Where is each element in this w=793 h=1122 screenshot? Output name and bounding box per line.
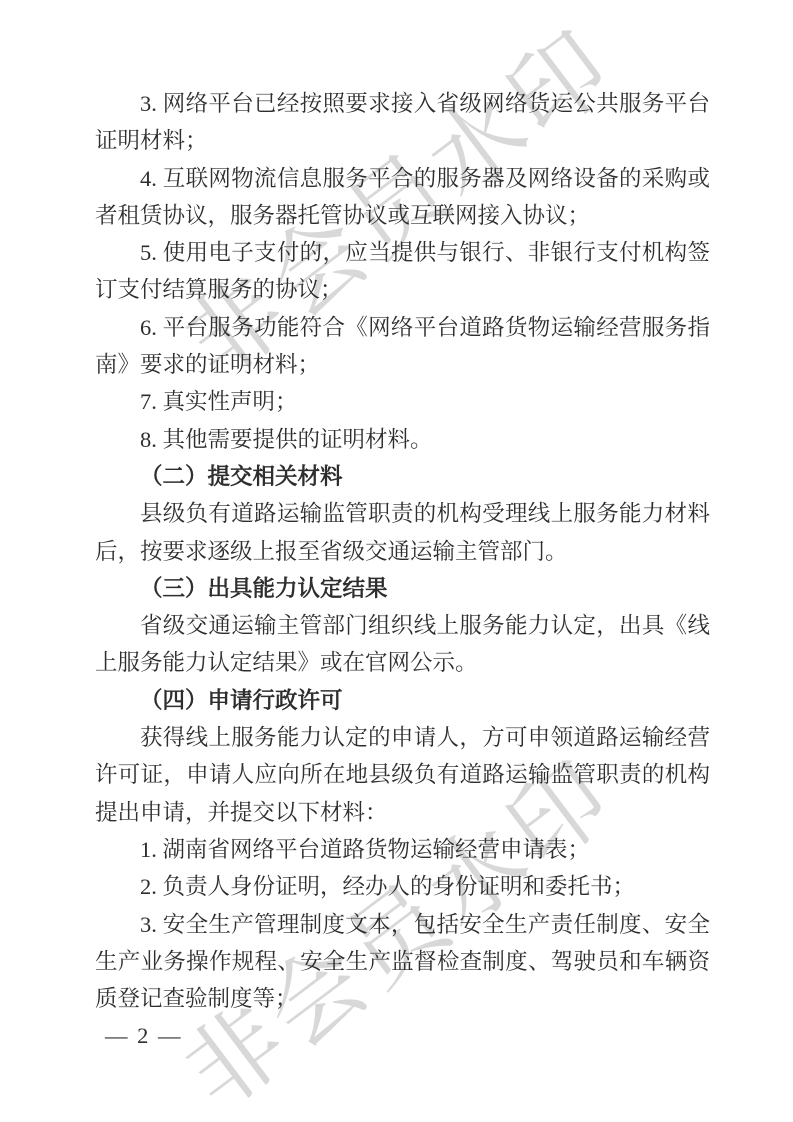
text-line: 后，按要求逐级上报至省级交通运输主管部门。	[95, 533, 710, 570]
text-line: 县级负有道路运输监管职责的机构受理线上服务能力材料	[95, 495, 710, 532]
page-number: — 2 —	[105, 1017, 710, 1054]
text-line: 南》要求的证明材料；	[95, 346, 710, 383]
text-line: 2. 负责人身份证明，经办人的身份证明和委托书；	[95, 868, 710, 905]
text-line: 3. 安全生产管理制度文本，包括安全生产责任制度、安全	[95, 906, 710, 943]
text-line: 提出申请，并提交以下材料：	[95, 794, 710, 831]
text-line: 省级交通运输主管部门组织线上服务能力认定，出具《线	[95, 607, 710, 644]
text-line: 获得线上服务能力认定的申请人，方可申领道路运输经营	[95, 719, 710, 756]
text-line: 4. 互联网物流信息服务平合的服务器及网络设备的采购或	[95, 160, 710, 197]
text-line: 1. 湖南省网络平台道路货物运输经营申请表；	[95, 831, 710, 868]
text-line: 上服务能力认定结果》或在官网公示。	[95, 644, 710, 681]
document-page: 非会员水印 非会员水印 3. 网络平台已经按照要求接入省级网络货运公共服务平台 …	[0, 0, 793, 1122]
text-line: 许可证，申请人应向所在地县级负有道路运输监管职责的机构	[95, 756, 710, 793]
text-line: 6. 平台服务功能符合《网络平台道路货物运输经营服务指	[95, 309, 710, 346]
text-line: 者租赁协议，服务器托管协议或互联网接入协议；	[95, 197, 710, 234]
document-body: 3. 网络平台已经按照要求接入省级网络货运公共服务平台 证明材料； 4. 互联网…	[95, 85, 710, 1055]
text-line: 订支付结算服务的协议；	[95, 271, 710, 308]
text-line: 7. 真实性声明；	[95, 383, 710, 420]
section-heading-2: （二）提交相关材料	[95, 458, 710, 495]
text-line: 3. 网络平台已经按照要求接入省级网络货运公共服务平台	[95, 85, 710, 122]
section-heading-3: （三）出具能力认定结果	[95, 570, 710, 607]
text-line: 生产业务操作规程、安全生产监督检查制度、驾驶员和车辆资	[95, 943, 710, 980]
text-line: 质登记查验制度等；	[95, 980, 710, 1017]
text-line: 证明材料；	[95, 122, 710, 159]
text-line: 8. 其他需要提供的证明材料。	[95, 421, 710, 458]
section-heading-4: （四）申请行政许可	[95, 682, 710, 719]
text-line: 5. 使用电子支付的，应当提供与银行、非银行支付机构签	[95, 234, 710, 271]
